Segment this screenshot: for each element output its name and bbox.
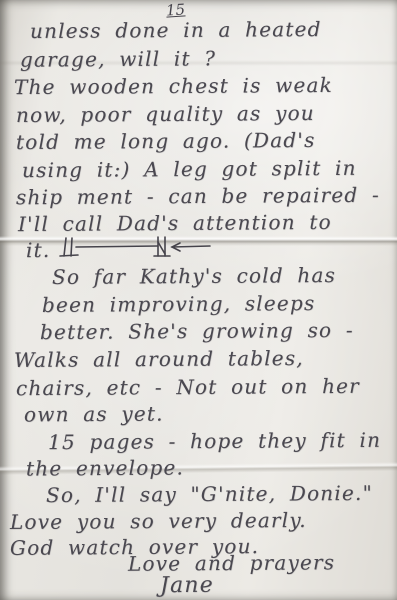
letter-line: now, poor quality as you [16, 101, 315, 127]
letter-line: better. She's growing so - [40, 318, 354, 344]
letter-line: using it:) A leg got split in [22, 156, 357, 182]
letter-line: So, I'll say "G'nite, Donie." [46, 481, 373, 507]
letter-line: I'll call Dad's attention to [18, 210, 332, 236]
letter-line: been improving, sleeps [42, 291, 316, 317]
split-table-leg-sketch [52, 234, 232, 264]
signature: Jane [160, 573, 214, 598]
letter-line: it. [26, 238, 51, 262]
letter-page: 15 unless done in a heated garage, will … [0, 0, 397, 600]
letter-line: unless done in a heated [30, 17, 322, 43]
letter-line: The wooden chest is weak [14, 73, 333, 99]
letter-line: garage, will it ? [20, 46, 216, 71]
page-number: 15 [165, 0, 185, 19]
letter-line: Love you so very dearly. [10, 508, 307, 534]
letter-line: ship ment - can be repaired - [16, 183, 380, 210]
letter-line: 15 pages - hope they fit in [48, 428, 381, 454]
letter-line: chairs, etc - Not out on her [16, 374, 360, 400]
valediction: Love and prayers [128, 550, 335, 575]
letter-line: the envelope. [26, 455, 184, 480]
letter-line: own as yet. [24, 402, 164, 427]
letter-line: told me long ago. (Dad's [16, 128, 316, 154]
letter-line: Walks all around tables, [14, 346, 304, 372]
letter-line: So far Kathy's cold has [52, 263, 336, 289]
